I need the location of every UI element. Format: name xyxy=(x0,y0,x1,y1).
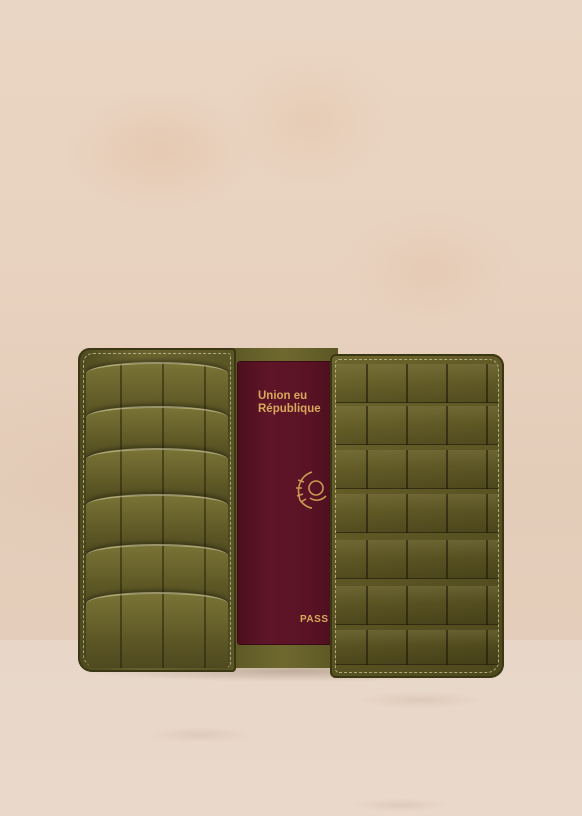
passport-line-2: République xyxy=(258,403,321,415)
croc-scale-row-2 xyxy=(336,406,498,445)
passport-line-1: Union eu xyxy=(258,390,307,402)
card-slot-6 xyxy=(86,592,228,668)
croc-scale-row-3 xyxy=(336,450,498,489)
croc-scale-row-6 xyxy=(336,586,498,625)
croc-scale-row-7 xyxy=(336,630,498,665)
croc-scale-row-4 xyxy=(336,494,498,533)
coat-of-arms-icon xyxy=(292,468,332,510)
passport-title: PASS xyxy=(300,614,329,625)
passport: Union eu République PASS xyxy=(238,362,338,644)
passport-holder: Union eu République PASS xyxy=(78,346,504,678)
croc-scale-row-5 xyxy=(336,540,498,579)
left-cover xyxy=(78,348,236,672)
croc-scale-row-1 xyxy=(336,364,498,403)
right-cover xyxy=(330,354,504,678)
